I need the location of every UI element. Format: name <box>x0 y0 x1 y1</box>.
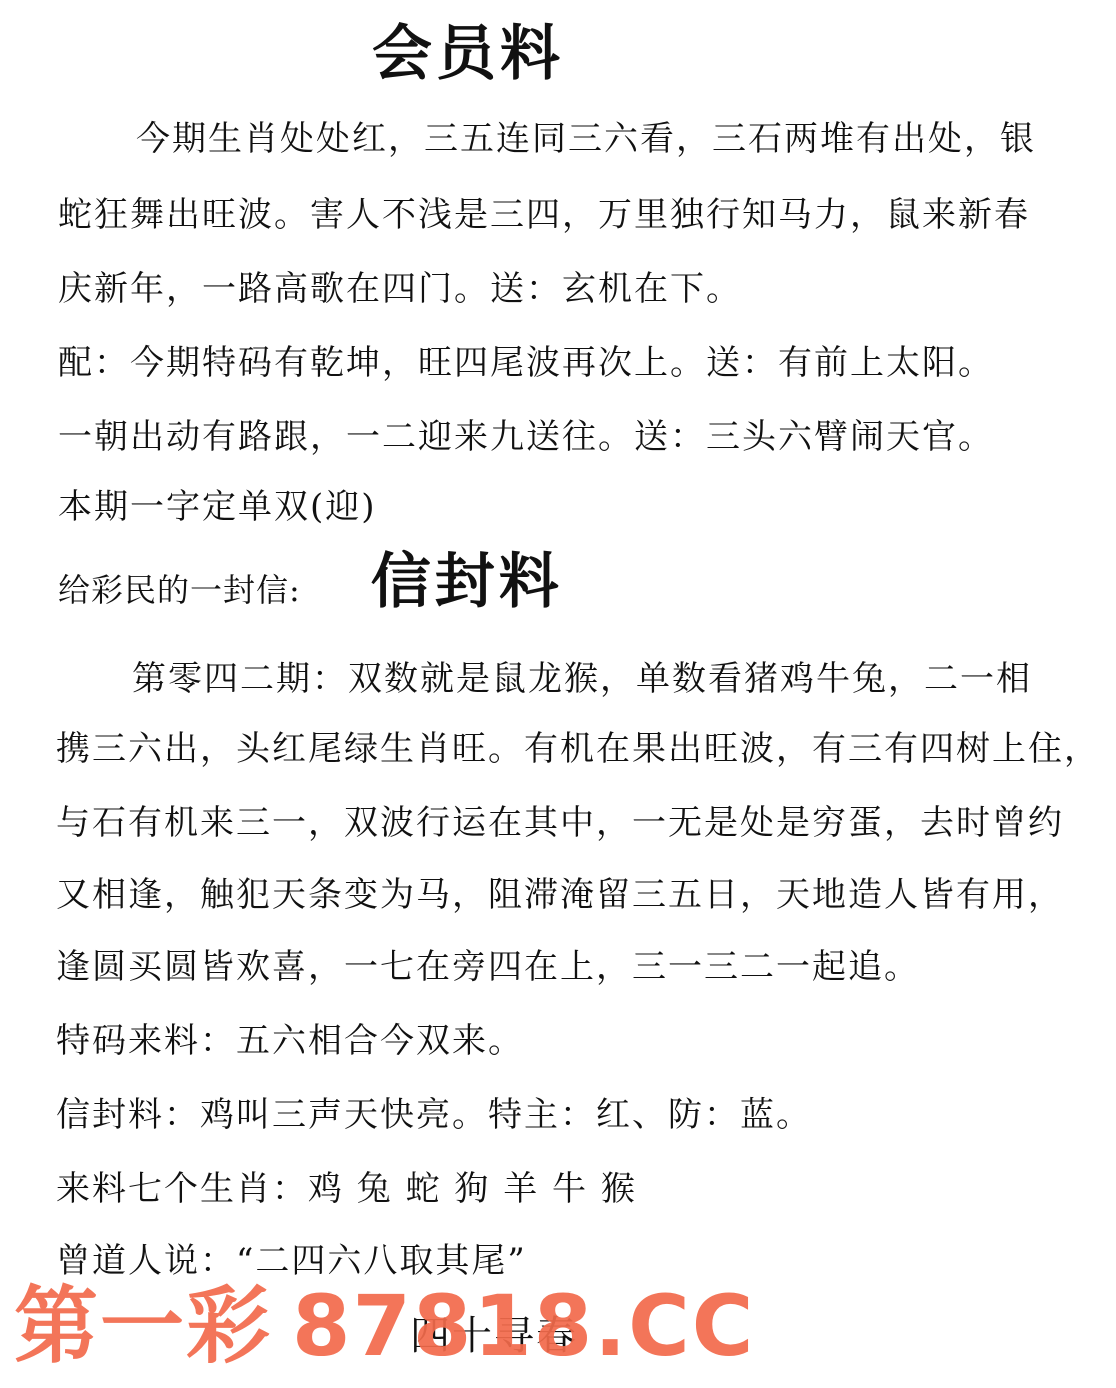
paragraph-line: 一朝出动有路跟，一二迎来九送往。送：三头六臂闹天官。 <box>58 420 994 454</box>
watermark-brand: 第一彩 <box>14 1277 272 1375</box>
paragraph-line: 特码来料：五六相合今双来。 <box>56 1024 524 1058</box>
paragraph-line: 逢圆买圆皆欢喜，一七在旁四在上，三一三二一起追。 <box>56 950 920 984</box>
watermark: 第一彩87818.CC <box>14 1284 755 1368</box>
paragraph-line: 今期生肖处处红，三五连同三六看，三石两堆有出处，银 <box>136 122 1036 156</box>
letter-section-header: 给彩民的一封信: 信封料 <box>58 552 563 612</box>
paragraph-line: 与石有机来三一，双波行运在其中，一无是处是穷蛋，去时曾约 <box>56 806 1064 840</box>
member-material-title: 会员料 <box>0 24 1026 84</box>
paragraph-line: 携三六出，头红尾绿生肖旺。有机在果出旺波，有三有四树上住， <box>56 732 1100 766</box>
watermark-domain: 87818.CC <box>292 1277 755 1375</box>
letter-lead-text: 给彩民的一封信: <box>58 574 301 606</box>
envelope-material-title: 信封料 <box>371 552 563 612</box>
paragraph-line: 信封料：鸡叫三声天快亮。特主：红、防：蓝。 <box>56 1098 812 1132</box>
paragraph-line: 第零四二期：双数就是鼠龙猴，单数看猪鸡牛兔，二一相 <box>132 662 1032 696</box>
paragraph-line: 庆新年，一路高歌在四门。送：玄机在下。 <box>58 272 742 306</box>
paragraph-line: 曾道人说：“二四六八取其尾” <box>56 1244 527 1278</box>
paragraph-line: 又相逢，触犯天条变为马，阻滞淹留三五日，天地造人皆有用， <box>56 878 1064 912</box>
document-page: 会员料 今期生肖处处红，三五连同三六看，三石两堆有出处，银 蛇狂舞出旺波。害人不… <box>0 0 1116 1388</box>
paragraph-line: 本期一字定单双(迎) <box>58 490 377 524</box>
paragraph-line: 来料七个生肖：鸡 兔 蛇 狗 羊 牛 猴 <box>56 1172 637 1206</box>
paragraph-line: 蛇狂舞出旺波。害人不浅是三四，万里独行知马力，鼠来新春 <box>58 198 1030 232</box>
paragraph-line: 配：今期特码有乾坤，旺四尾波再次上。送：有前上太阳。 <box>58 346 994 380</box>
